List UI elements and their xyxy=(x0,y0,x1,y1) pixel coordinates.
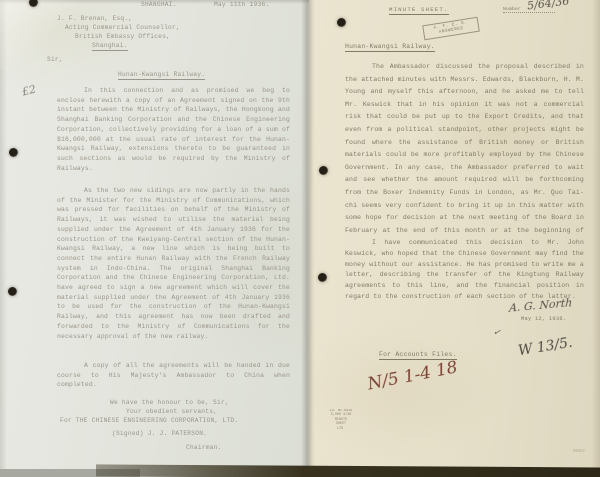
printer-imprint-line: LTD. xyxy=(322,427,360,431)
rubber-stamp: A. F. E. O. ANSWERED xyxy=(422,17,480,41)
dateline-date: May 11th 1936. xyxy=(214,1,269,8)
margin-pencil-note: £2 xyxy=(21,82,38,98)
closing-company-line: For THE CHINESE ENGINEERING CORPORATION,… xyxy=(60,417,238,424)
red-pencil-note: N/5 1-4 18 xyxy=(366,357,459,394)
body-paragraph: The Ambassador discussed the proposal de… xyxy=(345,61,584,239)
subject-heading: Hunan-Kwangsi Railway. xyxy=(118,71,205,80)
check-mark: ✓ xyxy=(492,327,501,338)
page-number-stamp: 0003 xyxy=(573,449,585,454)
document-scan: SHANGHAI. May 11th 1936. J. F. Brenan, E… xyxy=(0,0,600,477)
punch-hole xyxy=(318,273,327,282)
dateline-place: SHANGHAI. xyxy=(141,1,177,8)
accounts-note: For Accounts Files. xyxy=(379,351,457,360)
punch-hole xyxy=(319,166,328,175)
signature-date: May 12, 1936. xyxy=(521,316,566,322)
body-paragraph: A copy of all the agreements will be han… xyxy=(57,361,290,390)
subject-heading: Hunan-Kwangsi Railway. xyxy=(345,43,435,52)
initials-handwritten: W 13/5. xyxy=(517,335,574,359)
scan-edge-dark xyxy=(96,464,600,477)
closing-honour-line: We have the honour to be, Sir, xyxy=(110,399,229,406)
punch-hole xyxy=(9,148,18,157)
body-paragraph: I have communicated this decision to Mr.… xyxy=(345,238,584,303)
letter-page: SHANGHAI. May 11th 1936. J. F. Brenan, E… xyxy=(0,0,309,477)
page-seam-shadow xyxy=(301,0,313,477)
punch-hole xyxy=(8,287,17,296)
form-title: MINUTE SHEET. xyxy=(389,6,449,15)
body-paragraph: As the two new sidings are now partly in… xyxy=(57,186,290,341)
printer-imprint-block: 14. Wt.6919 5,000 4/36 MINUTE SHEET LTD. xyxy=(322,409,360,431)
recipient-line: Shanghai. xyxy=(92,42,128,51)
body-paragraph: In this connection and as promised we be… xyxy=(57,86,290,173)
closing-servants-line: Your obedient servants, xyxy=(126,408,217,415)
paper-crease xyxy=(0,0,90,70)
closing-signed-line: (Signed) J. J. PATERSON. xyxy=(112,430,207,437)
punch-hole xyxy=(337,18,346,27)
closing-title-line: Chairman. xyxy=(186,444,222,451)
minute-sheet-page: MINUTE SHEET. Number 5/64/36 A. F. E. O.… xyxy=(309,0,600,477)
